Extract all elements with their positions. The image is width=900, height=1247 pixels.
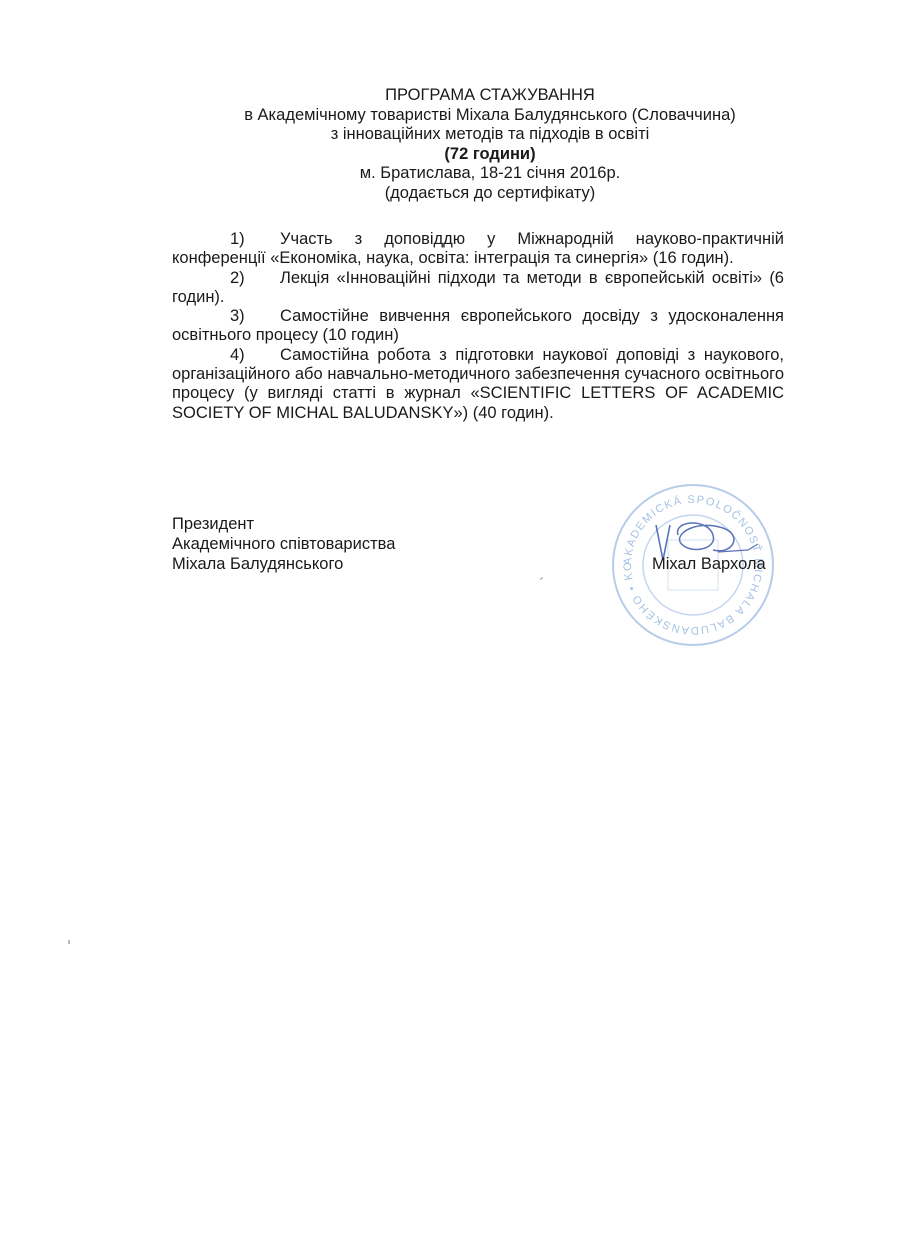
program-items: 1)Участь з доповіддю у Міжнародній науко… [172, 230, 784, 423]
hours-total: (72 години) [170, 145, 810, 165]
scan-artifact [68, 940, 70, 944]
scan-artifact [540, 577, 543, 580]
topic-line: з інноваційних методів та підходів в осв… [170, 125, 810, 145]
place-date: м. Братислава, 18-21 січня 2016р. [170, 164, 810, 184]
signatory-name: Міхал Вархола [652, 554, 766, 574]
document-header: ПРОГРАМА СТАЖУВАННЯ в Академічному товар… [170, 86, 810, 203]
attachment-note: (додається до сертифікату) [170, 184, 810, 204]
program-item: 1)Участь з доповіддю у Міжнародній науко… [172, 230, 784, 269]
signatory-title: Президент Академічного співтовариства Мі… [172, 514, 395, 574]
document-title: ПРОГРАМА СТАЖУВАННЯ [170, 86, 810, 106]
organization-line: в Академічному товаристві Міхала Балудян… [170, 106, 810, 126]
program-item: 4)Самостійна робота з підготовки науково… [172, 346, 784, 423]
program-item: 2)Лекція «Інноваційні підходи та методи … [172, 269, 784, 308]
program-item: 3)Самостійне вивчення європейського досв… [172, 307, 784, 346]
